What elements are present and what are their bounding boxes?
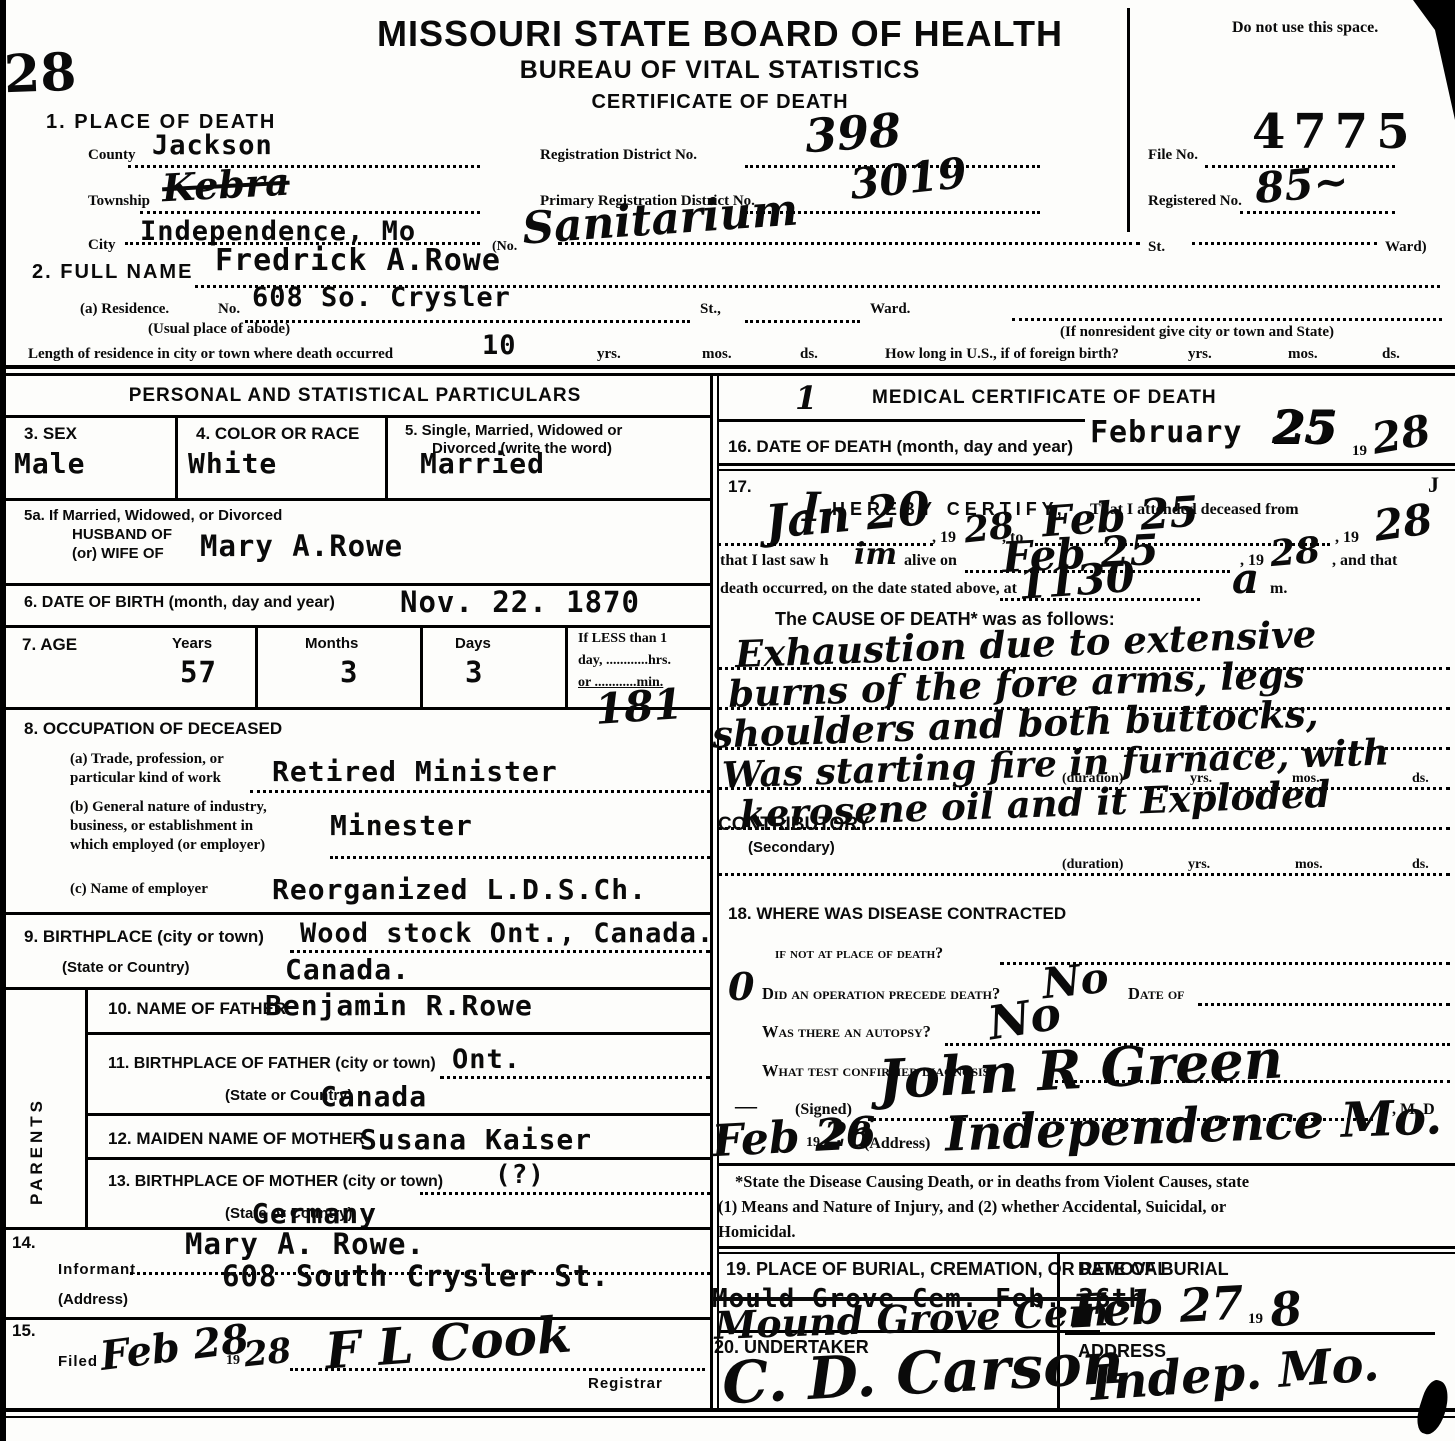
filed-date-value: Feb 28 [98,1319,251,1377]
filed-year-preprint: 19 [226,1354,240,1368]
informant-value: Mary A. Rowe. [185,1230,425,1259]
secondary-label: (Secondary) [748,840,835,855]
mother-birthplace-rule [420,1192,710,1195]
spouse-label-line1: 5a. If Married, Widowed, or Divorced [24,508,282,523]
father-birthplace-label: 11. BIRTHPLACE OF FATHER (city or town) [108,1056,436,1072]
physician-address-value: Independence Mo. [944,1093,1442,1158]
residence-st-label: St., [700,302,721,317]
length-residence-value: 10 [482,332,517,359]
nonresident-note: (If nonresident give city or town and St… [1060,325,1334,340]
age-less-line2: day, ............hrs. [578,654,671,668]
dod-year-preprint: 19 [1352,444,1367,459]
column-divider-inner [717,376,719,1412]
age-divider-2 [420,625,423,707]
length-yrs-label: yrs. [597,347,621,362]
burial-year-value: 8 [1268,1284,1305,1333]
occupation-b-label2: business, or establishment in [70,819,253,834]
row-rule-3 [0,625,710,628]
residence-ward-label: Ward. [870,302,910,317]
duration-yrs-2: yrs. [1188,858,1210,872]
footnote-line-1: *State the Disease Causing Death, or in … [735,1174,1249,1191]
certificate-subtitle: CERTIFICATE OF DEATH [330,92,1110,112]
birthplace-sub-value: Canada. [285,956,410,984]
registered-no-label: Registered No. [1148,194,1242,209]
spouse-label-line3: (or) WIFE OF [72,546,164,561]
residence-ward-rule [1012,318,1442,321]
abode-note: (Usual place of abode) [148,322,290,337]
father-birthplace-rule [440,1076,710,1079]
column-divider-outer [710,376,713,1412]
scan-edge-strip [0,0,6,1441]
death-ampm-value: a [1232,558,1259,600]
file-no-label: File No. [1148,148,1198,163]
code-181-mark: 181 [594,683,684,731]
informant-address-label: (Address) [58,1292,128,1307]
duration-ds-2: ds. [1412,858,1429,872]
st-rule [1192,242,1377,245]
parents-rule-1 [85,1032,710,1035]
alive-year-value: 28 [1269,532,1322,572]
length-mos-label: mos. [702,347,732,362]
residence-rule [245,320,690,323]
mother-name-value: Susana Kaiser [360,1126,592,1154]
parents-rule-3 [85,1157,710,1160]
house-no-rule [558,242,1140,245]
birthplace-label: 9. BIRTHPLACE (city or town) [24,928,264,945]
duration-ds-1: ds. [1412,772,1429,786]
row-rule-5 [0,912,710,915]
bureau-subtitle: BUREAU OF VITAL STATISTICS [330,58,1110,83]
dod-day-value: 25 [1272,404,1336,450]
st-label: St. [1148,240,1165,255]
occupation-c-label: (c) Name of employer [70,882,208,897]
full-name-value: Fredrick A.Rowe [215,246,501,276]
from-year-preprint: , 19 [932,530,956,546]
informant-label: Informant [58,1262,136,1277]
footnote-line-2: (1) Means and Nature of Injury, and (2) … [718,1199,1226,1216]
registration-district-label: Registration District No. [540,148,697,163]
age-label: 7. AGE [22,636,77,653]
age-days-value: 3 [465,658,483,687]
residence-st-rule [745,320,860,323]
folded-corner-mark [1395,0,1455,120]
footnote-line-3: Homicidal. [718,1224,795,1241]
filed-label: Filed [58,1354,98,1369]
parents-rule-2 [85,1113,710,1116]
parents-group-label: PARENTS [28,1035,45,1205]
dod-bottom-rule-2 [718,469,1455,471]
occupation-b-label1: (b) General nature of industry, [70,800,267,815]
left-column-header: PERSONAL AND STATISTICAL PARTICULARS [55,386,655,405]
file-no-value: 4775 [1252,108,1418,156]
residence-label: (a) Residence. [80,302,169,317]
stray-zero-mark: 0 [728,968,754,1006]
duration-label-2: (duration) [1062,858,1123,872]
registrar-label: Registrar [588,1376,663,1391]
section-rule-top [0,365,1455,369]
lastsaw-him-value: im [854,540,897,570]
father-name-label: 10. NAME OF FATHER [108,1000,286,1017]
age-divider-3 [565,625,568,707]
burial-date-label: DATE OF BURIAL [1078,1260,1229,1278]
death-time-rule [1000,598,1200,601]
mother-birthplace-value: (?) [495,1162,545,1188]
occupation-b-rule [330,856,710,859]
occupation-a-rule [250,790,710,793]
us-length-label: How long in U.S., if of foreign birth? [885,347,1119,362]
marital-label-line1: 5. Single, Married, Widowed or [405,423,622,438]
father-name-value: Benjamin R.Rowe [265,992,533,1020]
birthplace-value: Wood stock Ont., Canada. [300,920,714,947]
informant-address-value: 608 South Crysler St. [222,1262,610,1291]
death-at-label: death occurred, on the date stated above… [720,581,1017,597]
ifnot-label: if not at place of death? [775,946,943,962]
attended-from-rule [718,543,933,546]
occupation-c-value: Reorganized L.D.S.Ch. [272,876,647,904]
alive-on-label: alive on [904,553,957,569]
spouse-value: Mary A.Rowe [200,532,403,561]
county-label: County [88,148,136,163]
occupation-a-value: Retired Minister [272,758,558,786]
death-m-label: m. [1270,581,1287,597]
contributory-rule [718,873,1450,876]
age-months-value: 3 [340,658,358,687]
age-months-label: Months [305,636,358,651]
death-certificate-document: 28 MISSOURI STATE BOARD OF HEALTH BUREAU… [0,0,1455,1441]
dod-top-rule [718,419,1085,422]
length-ds-label: ds. [800,347,818,362]
attended-from-value: Jan 20 [763,485,931,545]
physician-signature: John R Green [877,1031,1284,1106]
township-value: Kebra [161,163,290,208]
registered-no-rule [1240,211,1395,214]
length-residence-label: Length of residence in city or town wher… [28,347,393,362]
autopsy-label: Was there an autopsy? [762,1024,931,1041]
township-label: Township [88,194,150,209]
andthat-label: , and that [1332,553,1397,569]
us-mos-label: mos. [1288,347,1318,362]
city-value: Independence, Mo [140,218,416,245]
parents-bracket-line [85,990,88,1227]
us-yrs-label: yrs. [1188,347,1212,362]
occupation-b-label3: which employed (or employer) [70,838,265,853]
dod-label: 16. DATE OF DEATH (month, day and year) [728,438,1073,455]
physician-rule [718,1163,1455,1166]
do-not-use-note: Do not use this space. [1232,20,1378,36]
lastsaw-label: that I last saw h [720,553,828,569]
dod-month-value: February [1090,418,1243,448]
mother-birthplace-label: 13. BIRTHPLACE OF MOTHER (city or town) [108,1174,443,1190]
mother-name-label: 12. MAIDEN NAME OF MOTHER [108,1130,365,1147]
race-label: 4. COLOR OR RACE [196,425,359,442]
marital-value: Married [420,450,545,478]
full-name-title: 2. FULL NAME [32,262,193,282]
operation-dateof-rule [1198,1003,1450,1006]
to-year-preprint: , 19 [1335,530,1359,546]
footnote-rule-1 [718,1246,1455,1249]
right-column-header: MEDICAL CERTIFICATE OF DEATH [872,388,1217,407]
left-header-rule [0,415,710,418]
section-rule-bottom [0,373,1455,376]
header-divider-line [1127,8,1130,232]
filed-year-value: 28 [242,1334,293,1373]
dob-value: Nov. 22. 1870 [400,588,640,617]
county-value: Jackson [152,132,273,159]
father-birthplace-value: Ont. [452,1046,521,1073]
us-ds-label: ds. [1382,347,1400,362]
age-years-value: 57 [180,658,217,687]
occupation-a-label2: particular kind of work [70,771,221,786]
ward-label: Ward) [1385,240,1427,255]
disease-contracted-title: 18. WHERE WAS DISEASE CONTRACTED [728,905,1066,922]
informant-number: 14. [12,1234,36,1251]
age-divider-1 [255,625,258,707]
sex-value: Male [14,450,85,478]
undertaker-signature: C. D. Carson [721,1334,1125,1413]
township-rule [140,211,480,214]
occupation-title: 8. OCCUPATION OF DECEASED [24,720,282,737]
occupation-b-value: Minester [330,812,473,840]
birthplace-sub-label: (State or Country) [62,960,190,975]
mother-birthplace-sub-value: Germany [252,1200,377,1228]
signed-year-preprint: 19 [806,1136,820,1150]
spouse-label-line2: HUSBAND OF [72,527,172,542]
to-year-value: 28 [1371,498,1435,548]
certify-number: 17. [728,478,752,495]
age-days-label: Days [455,636,491,651]
filed-number: 15. [12,1322,36,1339]
dod-year-value: 28 [1369,409,1434,461]
board-title: MISSOURI STATE BOARD OF HEALTH [330,16,1110,52]
page-number-mark: 28 [3,47,77,101]
race-value: White [188,450,277,478]
sex-race-divider [175,415,178,498]
burial-year-preprint: 19 [1248,1312,1263,1327]
age-less-line1: If LESS than 1 [578,632,667,646]
dob-label: 6. DATE OF BIRTH (month, day and year) [24,595,335,611]
residence-value: 608 So. Crysler [252,284,511,311]
occupation-a-label1: (a) Trade, profession, or [70,752,224,767]
stray-one-mark: 1 [795,382,817,414]
residence-no-label: No. [218,302,240,317]
registration-district-value: 398 [804,107,903,160]
race-marital-divider [385,415,388,498]
sex-label: 3. SEX [24,425,77,442]
footnote-rule-2 [718,1252,1455,1254]
age-years-label: Years [172,636,212,651]
place-of-death-title: 1. PLACE OF DEATH [46,112,276,132]
operation-dateof-label: Date of [1128,986,1185,1003]
duration-mos-2: mos. [1295,858,1323,872]
address-label: (Address) [864,1136,930,1152]
stray-j-mark: J [1428,474,1439,496]
dod-bottom-rule-1 [718,463,1455,466]
row-rule-1 [0,498,710,501]
father-birthplace-sub-value: Canada [320,1083,427,1111]
primary-registration-value: 3019 [848,152,969,206]
registrar-signature: F L Cook [324,1309,573,1376]
operation-label: Did an operation precede death? [762,986,1000,1003]
registered-no-value: 85~ [1253,160,1350,210]
city-label: City [88,238,116,253]
registrar-rule [290,1368,705,1371]
